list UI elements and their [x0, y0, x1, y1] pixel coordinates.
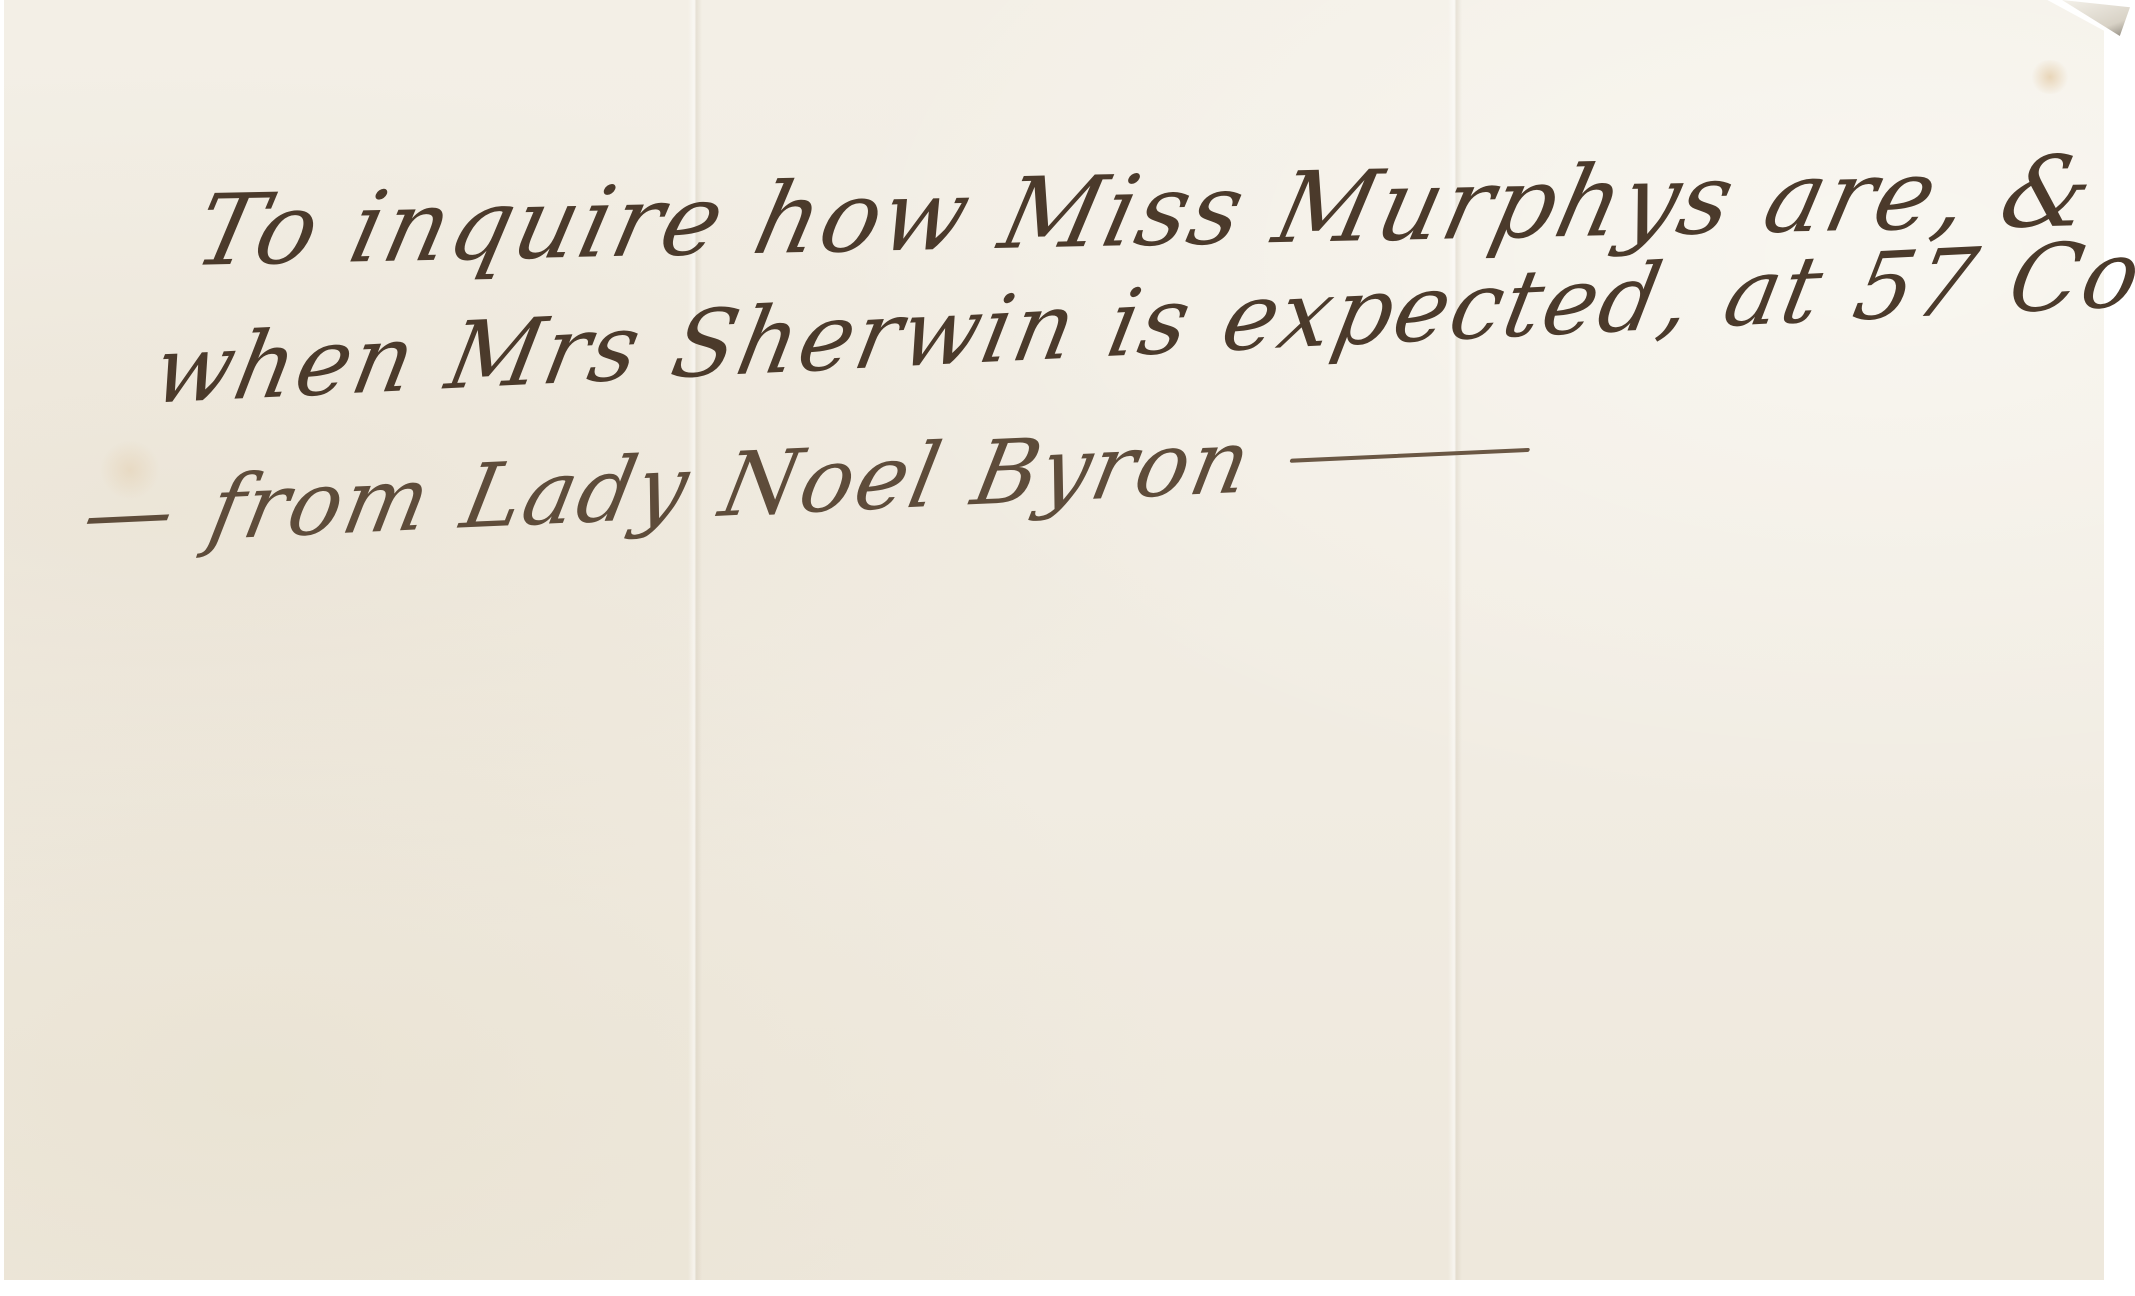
signature-word: Noel: [712, 423, 951, 537]
word: when: [145, 304, 426, 425]
word: 57: [1845, 228, 1987, 342]
word: Sherwin: [663, 272, 1086, 400]
word: at: [1716, 235, 1833, 348]
word: To: [185, 172, 332, 289]
word: how: [744, 158, 982, 277]
word: is: [1099, 266, 1201, 378]
signature-word: Lady: [454, 435, 700, 549]
word: Mrs: [438, 293, 651, 411]
signature-flourish: [1290, 448, 1531, 463]
signature-word: Byron: [964, 409, 1261, 526]
word: from: [201, 446, 441, 560]
word: Miss: [990, 153, 1256, 273]
scanned-note: ToinquirehowMissMurphysare,& whenMrsSher…: [0, 0, 2135, 1296]
word: Conduit: [2000, 207, 2135, 334]
word: inquire: [340, 163, 736, 285]
foxing-stain: [2030, 60, 2070, 94]
